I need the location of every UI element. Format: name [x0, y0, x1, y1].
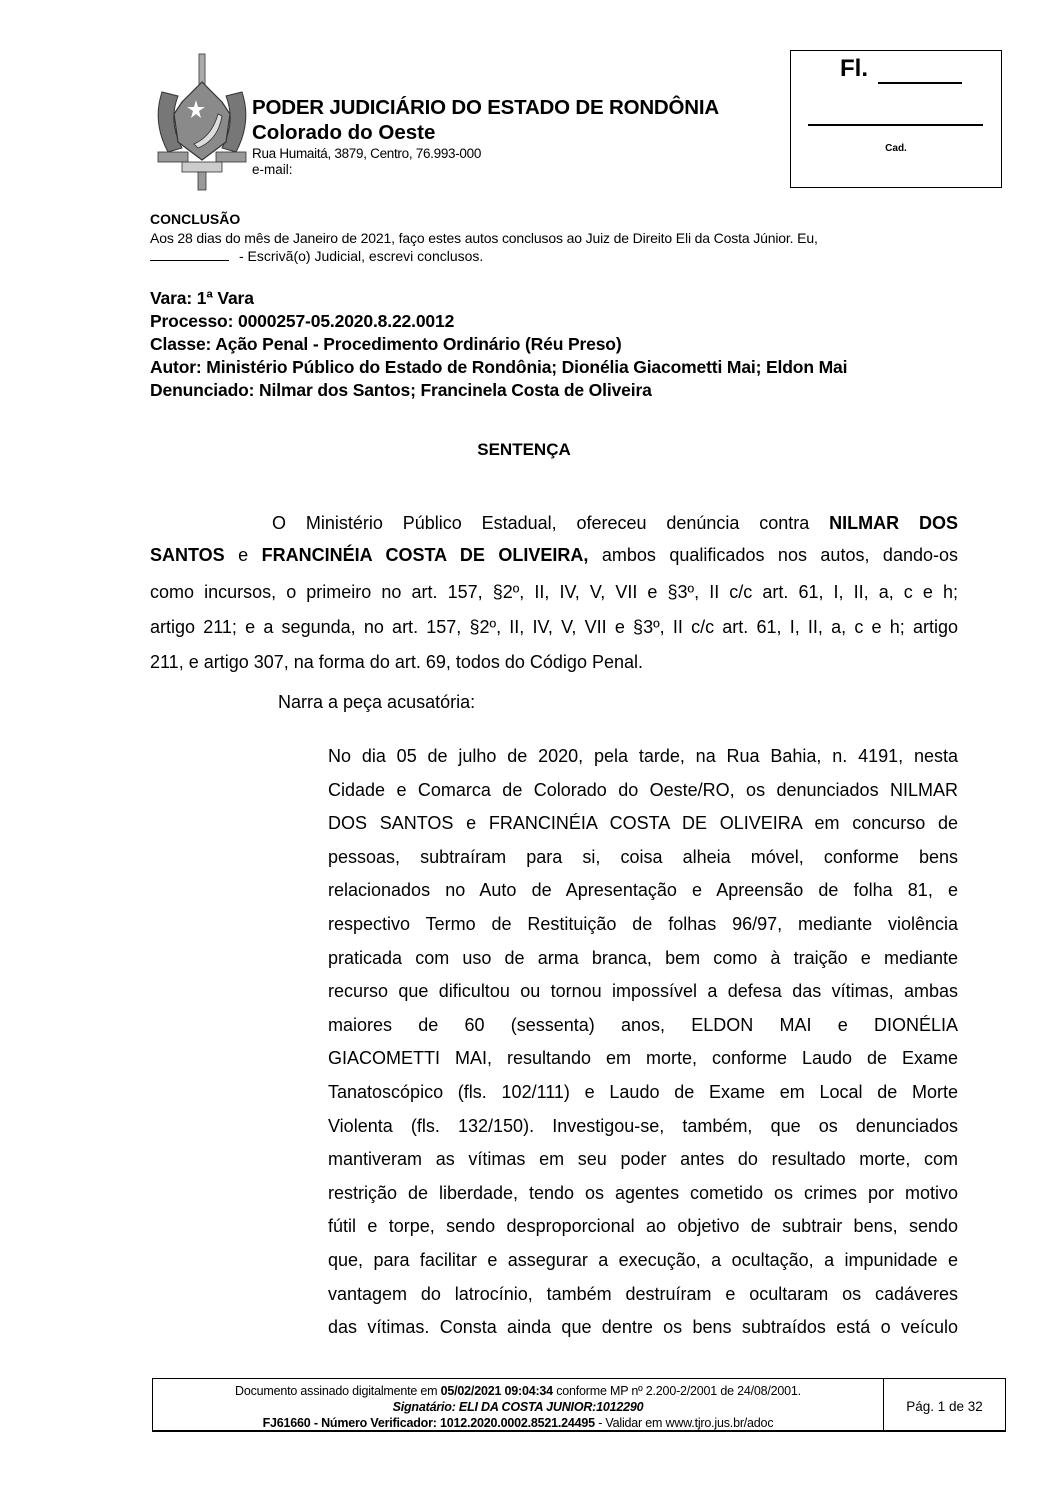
folio-number-line: [878, 82, 962, 84]
quote-line: das vítimas. Consta ainda que dentre os …: [328, 1317, 958, 1337]
conclusao-clerk-text: - Escrivã(o) Judicial, escrevi conclusos…: [239, 248, 483, 264]
coat-of-arms-logo: [148, 52, 256, 192]
signed-suffix: conforme MP nº 2.200-2/2001 de 24/08/200…: [556, 1384, 801, 1398]
quote-line: respectivo Termo de Restituição de folha…: [328, 914, 958, 934]
folio-label: Fl.: [840, 55, 868, 83]
conclusao-text-2: - Escrivã(o) Judicial, escrevi conclusos…: [150, 248, 483, 264]
court-address: Rua Humaitá, 3879, Centro, 76.993-000: [252, 146, 481, 161]
vara-field: Vara: 1ª Vara: [150, 288, 254, 309]
quote-line: Tanatoscópico (fls. 102/111) e Laudo de …: [328, 1082, 958, 1102]
quote-line: DOS SANTOS e FRANCINÉIA COSTA DE OLIVEIR…: [328, 813, 958, 833]
verifier-number: FJ61660 - Número Verificador: 1012.2020.…: [263, 1416, 595, 1430]
intro-text: e: [238, 545, 248, 565]
quote-line: vantagem do latrocínio, também destruíra…: [328, 1284, 958, 1304]
quote-line: Violenta (fls. 132/150). Investigou-se, …: [328, 1116, 958, 1136]
page-number-text: Pág. 1 de 32: [906, 1395, 983, 1414]
validate-link[interactable]: - Validar em www.tjro.jus.br/adoc: [598, 1416, 773, 1430]
clerk-signature-blank: [150, 248, 229, 261]
defendant-name: SANTOS: [150, 545, 225, 565]
processo-field: Processo: 0000257-05.2020.8.22.0012: [150, 311, 454, 332]
digital-signature-info: Documento assinado digitalmente em 05/02…: [153, 1379, 884, 1430]
defendant-name: NILMAR DOS: [829, 513, 958, 533]
court-location: Colorado do Oeste: [252, 121, 435, 145]
quote-line: recurso que dificultou ou tornou impossí…: [328, 981, 958, 1001]
intro-line-5: 211, e artigo 307, na forma do art. 69, …: [150, 652, 958, 672]
autor-field: Autor: Ministério Público do Estado de R…: [150, 357, 847, 378]
conclusao-heading: CONCLUSÃO: [150, 211, 240, 227]
intro-line-3: como incursos, o primeiro no art. 157, §…: [150, 582, 958, 602]
intro-line-4: artigo 211; e a segunda, no art. 157, §2…: [150, 617, 958, 637]
quote-line: fútil e torpe, sendo desproporcional ao …: [328, 1216, 958, 1236]
quote-line: praticada com uso de arma branca, bem co…: [328, 948, 958, 968]
narra-label: Narra a peça acusatória:: [278, 692, 475, 712]
classe-field: Classe: Ação Penal - Procedimento Ordiná…: [150, 334, 622, 355]
folio-stamp-box: Fl. Cad.: [790, 50, 1002, 188]
quote-line: que, para facilitar e assegurar a execuç…: [328, 1250, 958, 1270]
denunciado-field: Denunciado: Nilmar dos Santos; Francinel…: [150, 380, 652, 401]
quote-line: relacionados no Auto de Apresentação e A…: [328, 880, 958, 900]
rondonia-coat-of-arms-icon: [148, 52, 256, 192]
signed-prefix: Documento assinado digitalmente em: [235, 1384, 437, 1398]
signed-datetime: 05/02/2021 09:04:34: [441, 1384, 553, 1398]
signed-line: Documento assinado digitalmente em 05/02…: [153, 1383, 883, 1399]
document-title-text: SENTENÇA: [477, 440, 571, 459]
quote-line: pessoas, subtraíram para si, coisa alhei…: [328, 847, 958, 867]
signatory: Signatário: ELI DA COSTA JUNIOR:1012290: [153, 1399, 883, 1415]
verifier-line: FJ61660 - Número Verificador: 1012.2020.…: [153, 1415, 883, 1431]
signature-footer: Documento assinado digitalmente em 05/02…: [152, 1378, 1006, 1432]
quote-line: restrição de liberdade, tendo os agentes…: [328, 1183, 958, 1203]
intro-text: ambos qualificados nos autos, dando-os: [602, 545, 958, 565]
quote-line: mantiveram as vítimas em seu poder antes…: [328, 1149, 958, 1169]
intro-line-1: O Ministério Público Estadual, ofereceu …: [272, 513, 958, 533]
cad-label: Cad.: [791, 143, 1001, 154]
conclusao-text: Aos 28 dias do mês de Janeiro de 2021, f…: [150, 230, 818, 246]
signature-line: [808, 124, 983, 126]
court-email-label: e-mail:: [252, 162, 293, 177]
quote-line: GIACOMETTI MAI, resultando em morte, con…: [328, 1048, 958, 1068]
defendant-name-2: FRANCINÉIA COSTA DE OLIVEIRA,: [262, 545, 589, 565]
quote-line: Cidade e Comarca de Colorado do Oeste/RO…: [328, 780, 958, 800]
intro-text: O Ministério Público Estadual, ofereceu …: [272, 513, 809, 533]
document-title: SENTENÇA: [0, 440, 1058, 460]
intro-line-2: SANTOS e FRANCINÉIA COSTA DE OLIVEIRA, a…: [150, 545, 958, 565]
court-name: PODER JUDICIÁRIO DO ESTADO DE RONDÔNIA: [252, 96, 719, 120]
page-number: Pág. 1 de 32: [884, 1379, 1005, 1430]
quote-line: maiores de 60 (sessenta) anos, ELDON MAI…: [328, 1015, 958, 1035]
quote-line: No dia 05 de julho de 2020, pela tarde, …: [328, 746, 958, 766]
